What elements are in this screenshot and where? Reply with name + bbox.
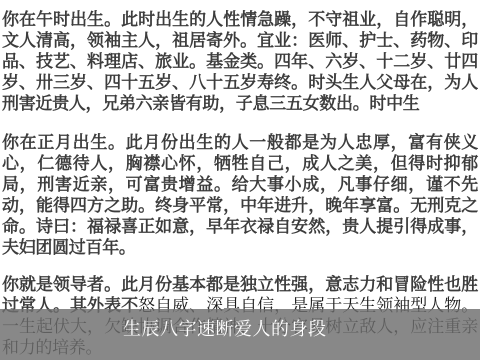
- caption-title: 生辰八字速断爱人的身段: [123, 318, 327, 342]
- article-page: 你在午时出生。此时出生的人性情急躁，不守祖业，自作聪明，文人清高，领袖主人，祖居…: [0, 0, 480, 360]
- paragraph-birth-month: 你在正月出生。此月份出生的人一般都是为人忠厚，富有侠义心，仁德待人，胸襟心怀，牺…: [2, 133, 478, 259]
- paragraph-birth-hour: 你在午时出生。此时出生的人性情急躁，不守祖业，自作聪明，文人清高，领袖主人，祖居…: [2, 10, 478, 115]
